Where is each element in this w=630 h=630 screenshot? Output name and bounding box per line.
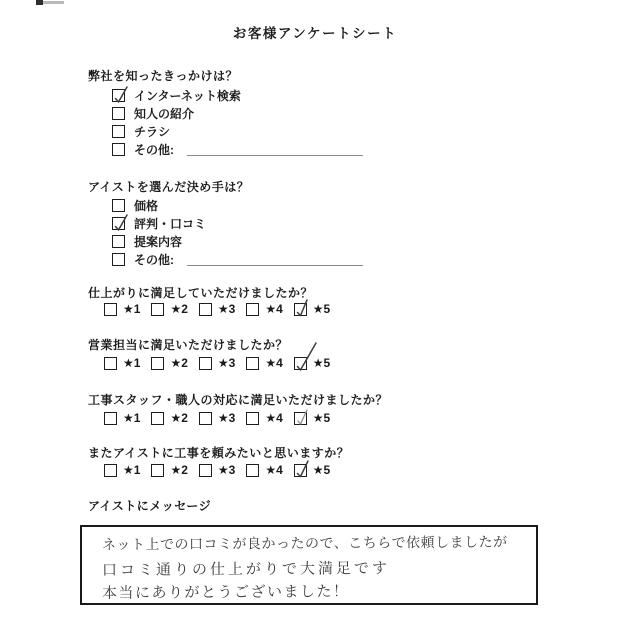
question-label-reason: アイストを選んだ決め手は？ [88, 178, 249, 195]
rating-option[interactable]: ★2 [151, 463, 187, 477]
checkbox-checked[interactable] [294, 412, 307, 425]
checkbox-checked[interactable] [294, 357, 307, 370]
option-label: 知人の紹介 [134, 105, 194, 122]
checkbox[interactable] [112, 143, 125, 156]
check-icon [113, 90, 125, 102]
checkbox[interactable] [199, 303, 212, 316]
rating-option[interactable]: ★3 [199, 411, 235, 425]
handwritten-line: ネット上での口コミが良かったので、こちらで依頼しましたが [102, 532, 508, 555]
rating-label: ★1 [123, 302, 140, 316]
rating-label: ★2 [170, 411, 187, 425]
rating-label: ★3 [218, 463, 235, 477]
message-section-label: アイストにメッセージ [88, 497, 211, 514]
survey-sheet: お客様アンケートシート 弊社を知ったきっかけは？ インターネット検索 知人の紹介… [0, 0, 630, 630]
rating-label: ★4 [265, 302, 282, 316]
checkbox-option[interactable]: その他: [112, 141, 363, 158]
rating-label: ★1 [123, 411, 140, 425]
rating-option[interactable]: ★2 [151, 411, 187, 425]
checkbox[interactable] [112, 253, 125, 266]
rating-option[interactable]: ★2 [151, 356, 187, 370]
rating-label: ★2 [170, 463, 187, 477]
option-label: 評判・口コミ [134, 215, 206, 232]
option-label: その他: [134, 141, 174, 158]
checkbox[interactable] [246, 303, 259, 316]
rating-label: ★5 [313, 356, 330, 370]
checkbox-option[interactable]: 評判・口コミ [112, 215, 206, 232]
checkbox[interactable] [199, 412, 212, 425]
checkbox-option[interactable]: チラシ [112, 123, 170, 140]
rating-label: ★2 [170, 302, 187, 316]
checkbox-option[interactable]: 知人の紹介 [112, 105, 194, 122]
checkbox[interactable] [151, 357, 164, 370]
checkbox[interactable] [112, 107, 125, 120]
checkbox-checked[interactable] [112, 217, 125, 230]
rating-label: ★4 [265, 356, 282, 370]
rating-option[interactable]: ★3 [199, 463, 235, 477]
rating-label: ★3 [218, 411, 235, 425]
rating-option[interactable]: ★1 [104, 302, 140, 316]
rating-label: ★4 [265, 463, 282, 477]
rating-option[interactable]: ★1 [104, 411, 140, 425]
rating-row: ★1 ★2 ★3 ★4 ★5 [104, 302, 330, 316]
rating-option[interactable]: ★4 [246, 302, 282, 316]
checkbox[interactable] [246, 464, 259, 477]
rating-option[interactable]: ★1 [104, 356, 140, 370]
checkbox-checked[interactable] [294, 464, 307, 477]
checkbox[interactable] [151, 412, 164, 425]
rating-row: ★1 ★2 ★3 ★4 ★5 [104, 411, 330, 425]
checkbox[interactable] [112, 199, 125, 212]
rating-option[interactable]: ★4 [246, 411, 282, 425]
rating-option[interactable]: ★4 [246, 356, 282, 370]
option-label: 価格 [134, 197, 158, 214]
question-label-finish: 仕上がりに満足していただけましたか？ [88, 284, 313, 301]
checkbox[interactable] [104, 412, 117, 425]
checkbox-option[interactable]: 提案内容 [112, 233, 182, 250]
rating-option[interactable]: ★5 [294, 302, 330, 316]
rating-label: ★5 [313, 463, 330, 477]
checkbox[interactable] [112, 235, 125, 248]
rating-label: ★5 [313, 302, 330, 316]
rating-label: ★3 [218, 302, 235, 316]
check-icon [295, 465, 307, 477]
rating-label: ★5 [313, 411, 330, 425]
rating-option[interactable]: ★4 [246, 463, 282, 477]
option-label: 提案内容 [134, 233, 182, 250]
question-label-source: 弊社を知ったきっかけは？ [88, 67, 238, 84]
check-icon [295, 413, 307, 425]
rating-option[interactable]: ★1 [104, 463, 140, 477]
checkbox-option[interactable]: 価格 [112, 197, 158, 214]
check-icon [295, 304, 307, 316]
question-label-sales: 営業担当に満足いただけましたか？ [88, 336, 288, 353]
rating-option[interactable]: ★3 [199, 302, 235, 316]
check-icon [295, 358, 307, 370]
checkbox[interactable] [151, 464, 164, 477]
check-icon [113, 218, 125, 230]
checkbox[interactable] [151, 303, 164, 316]
page-title: お客様アンケートシート [0, 22, 630, 42]
rating-label: ★4 [265, 411, 282, 425]
checkbox-option[interactable]: その他: [112, 251, 363, 268]
rating-label: ★1 [123, 356, 140, 370]
rating-label: ★1 [123, 463, 140, 477]
scan-artifact [36, 0, 64, 5]
checkbox[interactable] [199, 357, 212, 370]
rating-row: ★1 ★2 ★3 ★4 ★5 [104, 356, 330, 370]
checkbox[interactable] [199, 464, 212, 477]
checkbox[interactable] [104, 464, 117, 477]
rating-label: ★2 [170, 356, 187, 370]
handwritten-line: 口コミ通りの仕上がりで大満足です [102, 557, 390, 580]
checkbox-checked[interactable] [294, 303, 307, 316]
other-fill-line[interactable] [187, 254, 363, 266]
rating-option[interactable]: ★5 [294, 463, 330, 477]
other-fill-line[interactable] [187, 144, 363, 156]
handwritten-line: 本当にありがとうございました！ [102, 580, 350, 603]
rating-option[interactable]: ★3 [199, 356, 235, 370]
checkbox[interactable] [104, 303, 117, 316]
rating-row: ★1 ★2 ★3 ★4 ★5 [104, 463, 330, 477]
question-label-staff: 工事スタッフ・職人の対応に満足いただけましたか？ [88, 391, 388, 408]
question-label-repeat: またアイストに工事を頼みたいと思いますか？ [88, 444, 349, 461]
rating-option[interactable]: ★5 [294, 411, 330, 425]
option-label: チラシ [134, 123, 170, 140]
checkbox[interactable] [112, 125, 125, 138]
option-label: インターネット検索 [134, 87, 241, 104]
rating-option[interactable]: ★5 [294, 356, 330, 370]
checkbox[interactable] [104, 357, 117, 370]
checkbox[interactable] [246, 357, 259, 370]
checkbox-checked[interactable] [112, 89, 125, 102]
option-label: その他: [134, 251, 174, 268]
checkbox[interactable] [246, 412, 259, 425]
message-box: ネット上での口コミが良かったので、こちらで依頼しましたが 口コミ通りの仕上がりで… [80, 525, 538, 605]
rating-label: ★3 [218, 356, 235, 370]
rating-option[interactable]: ★2 [151, 302, 187, 316]
checkbox-option[interactable]: インターネット検索 [112, 87, 241, 104]
